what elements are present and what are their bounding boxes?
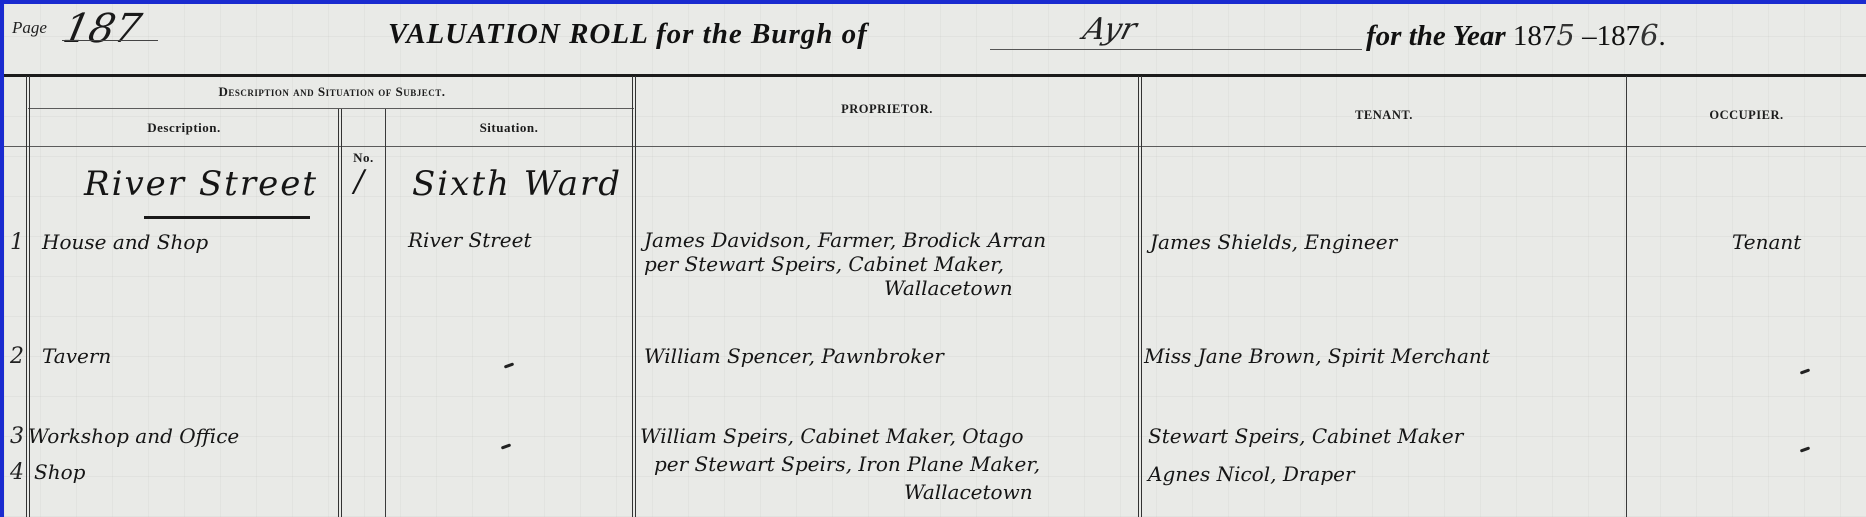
row-occupier: Tenant — [1732, 230, 1801, 254]
year-separator: – — [1575, 20, 1597, 52]
row-situation-ditto-mark — [501, 443, 511, 449]
situation-proprietor-divider — [632, 76, 636, 517]
no-mark: / — [354, 164, 364, 199]
header-heavy-rule — [4, 74, 1866, 77]
column-header-description: Description. — [30, 120, 338, 136]
page-number: 187 — [59, 6, 145, 52]
roll-title: VALUATION ROLL for the Burgh of — [388, 18, 868, 51]
burgh-name: Ayr — [1079, 12, 1140, 47]
group-header-rule — [28, 108, 634, 109]
year-start-printed: 187 — [1513, 20, 1557, 52]
row-proprietor-line1: William Speirs, Cabinet Maker, Otago — [640, 424, 1024, 448]
row-situation-ditto-mark — [504, 362, 514, 368]
row-situation: River Street — [408, 228, 532, 252]
row-description: Tavern — [42, 344, 111, 368]
street-heading: River Street — [84, 164, 318, 204]
year-end-punct: . — [1659, 20, 1666, 52]
row-number: 2 — [10, 344, 24, 369]
row-proprietor-line1: William Spencer, Pawnbroker — [644, 344, 944, 368]
title-prefix: VALUATION ROLL — [388, 18, 648, 50]
row-tenant: Agnes Nicol, Draper — [1148, 462, 1355, 486]
year-end-printed: 187 — [1597, 20, 1641, 52]
tenant-occupier-divider — [1626, 76, 1627, 517]
description-no-divider — [338, 109, 342, 517]
page-number-line — [62, 40, 158, 41]
column-header-situation: Situation. — [386, 120, 632, 136]
row-occupier-ditto-mark — [1800, 368, 1810, 374]
row-description: Shop — [34, 460, 85, 484]
street-heading-underline — [144, 216, 310, 219]
column-header-proprietor: PROPRIETOR. — [636, 102, 1138, 117]
row-occupier-ditto-mark — [1800, 446, 1810, 452]
year-label: for the Year — [1366, 20, 1506, 52]
column-header-rule — [4, 146, 1866, 147]
column-header-occupier: OCCUPIER. — [1627, 108, 1866, 123]
row-description: Workshop and Office — [28, 424, 239, 448]
no-situation-divider — [385, 109, 386, 517]
year-start-handwritten: 5 — [1556, 18, 1574, 52]
row-description: House and Shop — [42, 230, 208, 254]
left-margin-line — [26, 76, 30, 517]
title-mid: for the Burgh of — [656, 18, 868, 50]
column-header-tenant: TENANT. — [1142, 108, 1626, 123]
burgh-line — [990, 49, 1362, 50]
year-range: for the Year 1875 –1876. — [1366, 18, 1666, 53]
row-number: 4 — [10, 460, 24, 485]
valuation-roll-page: Page 187 VALUATION ROLL for the Burgh of… — [4, 4, 1866, 517]
group-header-description-situation: Description and Situation of Subject. — [30, 84, 634, 100]
row-number: 3 — [10, 424, 24, 449]
row-number: 1 — [10, 230, 24, 255]
year-end-handwritten: 6 — [1640, 18, 1658, 52]
row-proprietor-line2: per Stewart Speirs, Cabinet Maker, — [644, 252, 1004, 276]
row-tenant: Stewart Speirs, Cabinet Maker — [1148, 424, 1463, 448]
row-proprietor-line2: per Stewart Speirs, Iron Plane Maker, — [654, 452, 1040, 476]
row-proprietor-line3: Wallacetown — [884, 276, 1013, 300]
ward-heading: Sixth Ward — [412, 164, 622, 204]
row-tenant: Miss Jane Brown, Spirit Merchant — [1144, 344, 1490, 368]
proprietor-tenant-divider — [1138, 76, 1142, 517]
row-proprietor-line1: James Davidson, Farmer, Brodick Arran — [644, 228, 1046, 252]
row-proprietor-line3: Wallacetown — [904, 480, 1033, 504]
row-tenant: James Shields, Engineer — [1150, 230, 1397, 254]
page-label: Page — [12, 18, 47, 38]
